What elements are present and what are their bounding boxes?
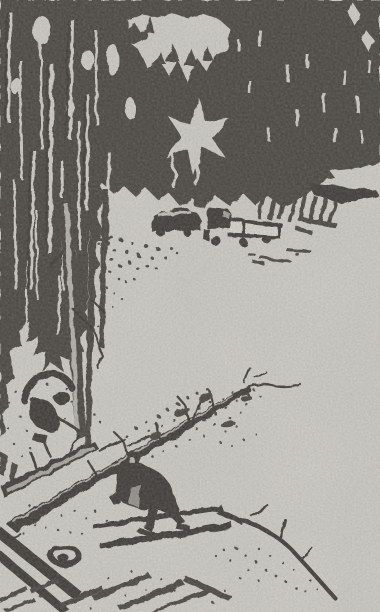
illustration-canvas [0,0,380,612]
illustration-logging-scene [0,0,380,612]
grain-texture [0,0,380,612]
